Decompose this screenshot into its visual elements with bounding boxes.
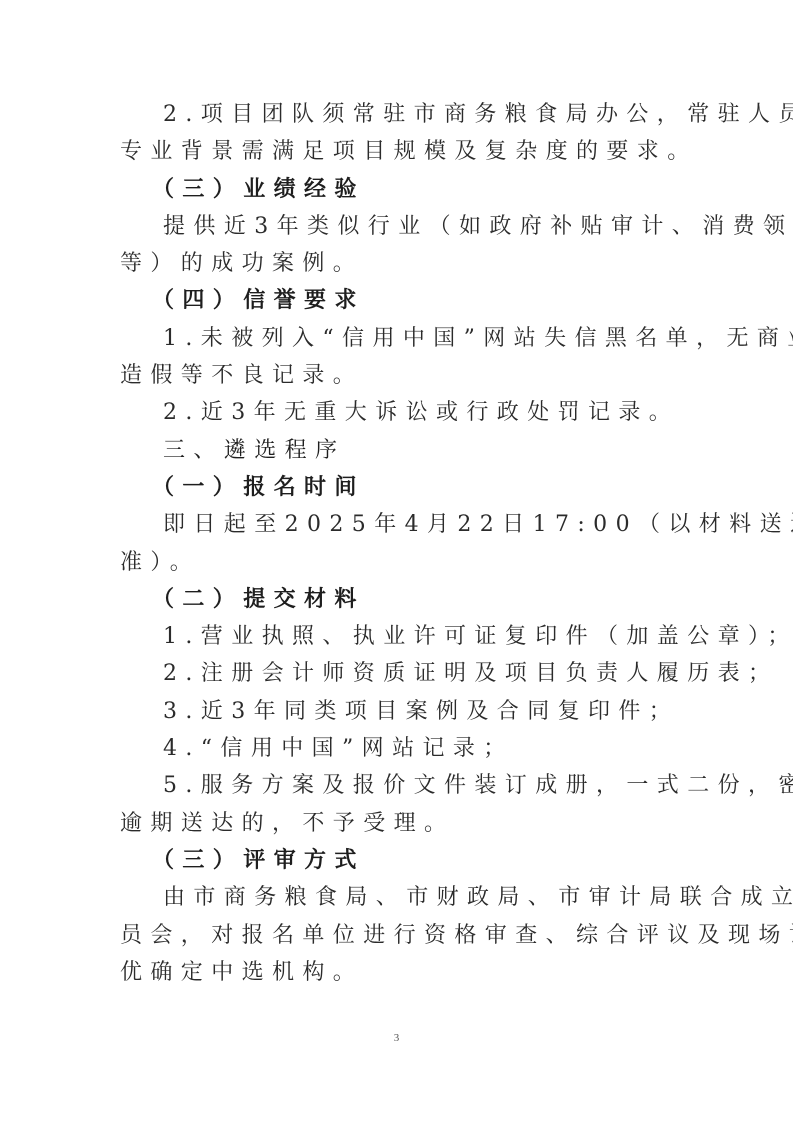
section-subheading: （三）业绩经验 [120,171,676,208]
section-subheading: （二）提交材料 [120,581,676,618]
list-item: 5.服务方案及报价文件装订成册，一式二份，密封递交； [120,767,676,804]
paragraph-line: 由市商务粮食局、市财政局、市审计局联合成立询价委 [120,879,676,916]
page-number: 3 [0,1032,793,1044]
paragraph-line: 造假等不良记录。 [120,357,676,394]
document-page: 2.项目团队须常驻市商务粮食局办公，常驻人员数量及 专业背景需满足项目规模及复杂… [120,96,676,991]
list-item: 1.营业执照、执业许可证复印件（加盖公章）； [120,618,676,655]
section-subheading: （一）报名时间 [120,469,676,506]
list-item: 4.“信用中国”网站记录； [120,730,676,767]
section-subheading: （四）信誉要求 [120,282,676,319]
paragraph-line: 员会，对报名单位进行资格审查、综合评议及现场询价，择 [120,917,676,954]
section-subheading: （三）评审方式 [120,842,676,879]
section-heading: 三、遴选程序 [120,432,676,469]
list-item: 2.注册会计师资质证明及项目负责人履历表； [120,655,676,692]
paragraph-line: 逾期送达的，不予受理。 [120,805,676,842]
paragraph-line: 即日起至2025年4月22日17:00（以材料送达时间为 [120,506,676,543]
list-item: 3.近3年同类项目案例及合同复印件； [120,693,676,730]
paragraph-line: 准）。 [120,544,676,581]
paragraph-line: 提供近3年类似行业（如政府补贴审计、消费领域审计 [120,208,676,245]
paragraph-line: 2.近3年无重大诉讼或行政处罚记录。 [120,394,676,431]
paragraph-line: 2.项目团队须常驻市商务粮食局办公，常驻人员数量及 [120,96,676,133]
paragraph-line: 优确定中选机构。 [120,954,676,991]
paragraph-line: 等）的成功案例。 [120,245,676,282]
paragraph-line: 1.未被列入“信用中国”网站失信黑名单，无商业贿赂、 [120,320,676,357]
paragraph-line: 专业背景需满足项目规模及复杂度的要求。 [120,133,676,170]
